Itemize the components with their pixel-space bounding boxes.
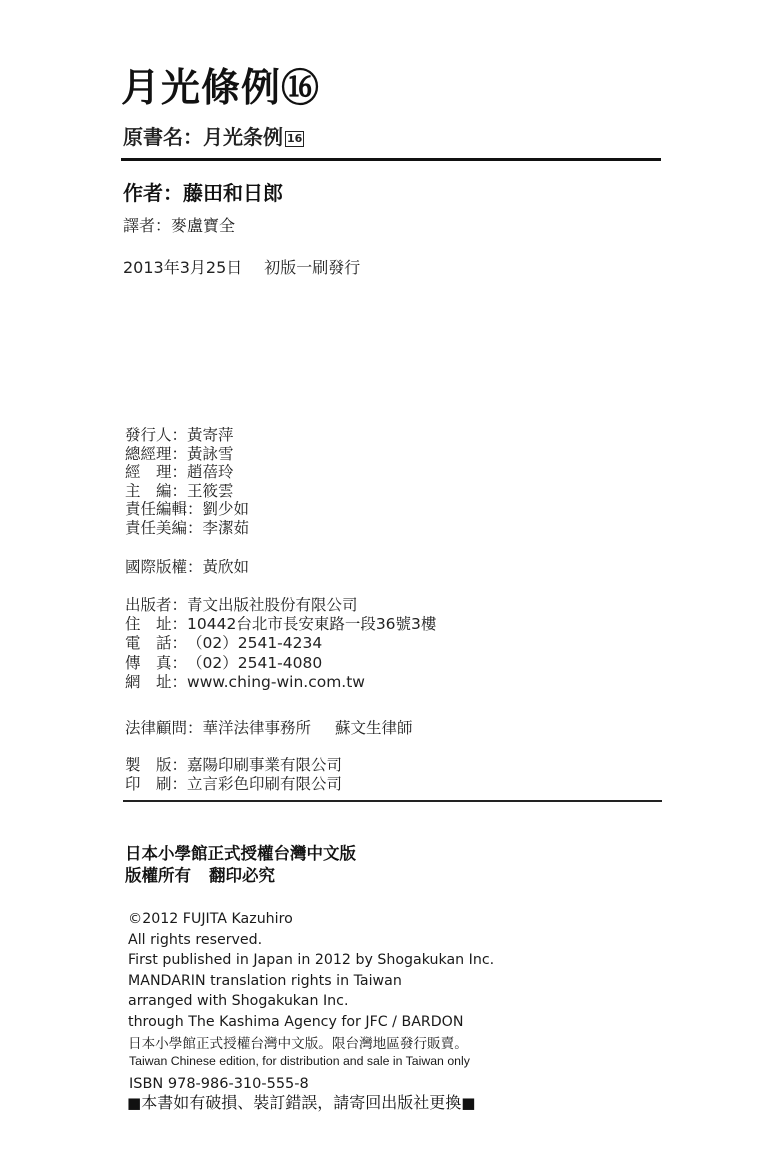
staff-value: 李潔茹 bbox=[203, 519, 250, 538]
rights-line: 版權所有翻印必究 bbox=[125, 865, 356, 887]
original-title-text: 月光条例 bbox=[203, 125, 283, 149]
book-title-text: 月光條例 bbox=[121, 66, 281, 111]
no-reproduction: 翻印必究 bbox=[209, 866, 275, 885]
divider-top bbox=[121, 158, 661, 161]
publisher-label: 出版者： bbox=[125, 596, 187, 615]
square-bullet-icon: ■ bbox=[461, 1094, 475, 1112]
author-line: 作者：藤田和日郎 bbox=[123, 180, 283, 206]
publication-line: 2013年3月25日初版一刷發行 bbox=[123, 257, 360, 279]
legal-counsel-label: 法律顧問： bbox=[125, 719, 203, 737]
staff-label: 總經理： bbox=[125, 445, 187, 464]
plate-making-label: 製 版： bbox=[125, 756, 187, 775]
phone-label: 電 話： bbox=[125, 634, 187, 653]
credit-line: arranged with Shogakukan Inc. bbox=[128, 991, 494, 1012]
translator-line: 譯者：麥盧寶全 bbox=[123, 215, 235, 237]
translator-label: 譯者： bbox=[123, 216, 171, 235]
address-value: 10442台北市長安東路一段36號3樓 bbox=[187, 615, 436, 634]
plate-making-value: 嘉陽印刷事業有限公司 bbox=[187, 756, 342, 775]
plate-making-row: 製 版：嘉陽印刷事業有限公司 bbox=[125, 756, 342, 775]
publisher-row: 出版者：青文出版社股份有限公司 bbox=[125, 596, 436, 615]
regional-license-english: Taiwan Chinese edition, for distribution… bbox=[129, 1054, 470, 1068]
license-statement: 日本小學館正式授權台灣中文版 版權所有翻印必究 bbox=[125, 843, 356, 887]
staff-value: 劉少如 bbox=[203, 500, 250, 519]
website-label: 網 址： bbox=[125, 673, 187, 692]
staff-row: 責任編輯：劉少如 bbox=[125, 500, 249, 519]
book-title: 月光條例⑯ bbox=[121, 64, 320, 113]
publisher-name: 青文出版社股份有限公司 bbox=[187, 596, 358, 615]
publication-date: 2013年3月25日 bbox=[123, 258, 242, 277]
phone-value: （02）2541-4234 bbox=[187, 634, 322, 653]
credit-line: All rights reserved. bbox=[128, 930, 494, 951]
staff-row: 發行人：黃寄萍 bbox=[125, 426, 249, 445]
staff-label: 發行人： bbox=[125, 426, 187, 445]
divider-bottom bbox=[123, 800, 662, 802]
fax-row: 傳 真：（02）2541-4080 bbox=[125, 654, 436, 673]
isbn: ISBN 978-986-310-555-8 bbox=[129, 1075, 309, 1093]
staff-label: 主 編： bbox=[125, 482, 187, 501]
volume-number: ⑯ bbox=[281, 66, 320, 110]
legal-counsel-firm: 華洋法律事務所 bbox=[203, 719, 312, 737]
copyright-line: ©2012 FUJITA Kazuhiro bbox=[128, 909, 494, 930]
author-label: 作者： bbox=[123, 181, 183, 205]
return-notice: ■本書如有破損、裝訂錯誤，請寄回出版社更換■ bbox=[127, 1093, 475, 1113]
printer-label: 印 刷： bbox=[125, 775, 187, 794]
original-title: 原書名：月光条例16 bbox=[123, 124, 304, 150]
return-notice-text: 本書如有破損、裝訂錯誤，請寄回出版社更換 bbox=[141, 1093, 461, 1112]
staff-row: 責任美編：李潔茹 bbox=[125, 519, 249, 538]
original-volume-number: 16 bbox=[285, 131, 304, 147]
author-name: 藤田和日郎 bbox=[183, 181, 283, 205]
staff-value: 黃詠雪 bbox=[187, 445, 234, 464]
publisher-info: 出版者：青文出版社股份有限公司 住 址：10442台北市長安東路一段36號3樓 … bbox=[125, 596, 436, 692]
international-rights-value: 黃欣如 bbox=[203, 558, 250, 576]
international-rights-label: 國際版權： bbox=[125, 558, 203, 576]
website-url: www.ching-win.com.tw bbox=[187, 673, 365, 692]
translator-name: 麥盧寶全 bbox=[171, 216, 235, 235]
edition-info: 初版一刷發行 bbox=[264, 258, 360, 277]
address-label: 住 址： bbox=[125, 615, 187, 634]
regional-license: 日本小學館正式授權台灣中文版。限台灣地區發行販賣。 bbox=[128, 1036, 468, 1052]
staff-row: 經 理：趙蓓玲 bbox=[125, 463, 249, 482]
website-row: 網 址：www.ching-win.com.tw bbox=[125, 673, 436, 692]
staff-value: 王筱雲 bbox=[187, 482, 234, 501]
legal-counsel: 法律顧問：華洋法律事務所蘇文生律師 bbox=[125, 718, 413, 738]
credit-line: First published in Japan in 2012 by Shog… bbox=[128, 950, 494, 971]
printer-row: 印 刷：立言彩色印刷有限公司 bbox=[125, 775, 342, 794]
staff-value: 黃寄萍 bbox=[187, 426, 234, 445]
staff-label: 經 理： bbox=[125, 463, 187, 482]
staff-row: 總經理：黃詠雪 bbox=[125, 445, 249, 464]
staff-value: 趙蓓玲 bbox=[187, 463, 234, 482]
legal-counsel-lawyer: 蘇文生律師 bbox=[335, 719, 413, 737]
credit-line: MANDARIN translation rights in Taiwan bbox=[128, 971, 494, 992]
address-row: 住 址：10442台北市長安東路一段36號3樓 bbox=[125, 615, 436, 634]
original-title-label: 原書名： bbox=[123, 125, 203, 149]
staff-label: 責任編輯： bbox=[125, 500, 203, 519]
international-rights: 國際版權：黃欣如 bbox=[125, 557, 249, 577]
fax-value: （02）2541-4080 bbox=[187, 654, 322, 673]
license-line: 日本小學館正式授權台灣中文版 bbox=[125, 843, 356, 865]
credit-line: through The Kashima Agency for JFC / BAR… bbox=[128, 1012, 494, 1033]
staff-list: 發行人：黃寄萍 總經理：黃詠雪 經 理：趙蓓玲 主 編：王筱雲 責任編輯：劉少如… bbox=[125, 426, 249, 538]
printing-info: 製 版：嘉陽印刷事業有限公司 印 刷：立言彩色印刷有限公司 bbox=[125, 756, 342, 794]
phone-row: 電 話：（02）2541-4234 bbox=[125, 634, 436, 653]
printer-value: 立言彩色印刷有限公司 bbox=[187, 775, 342, 794]
staff-row: 主 編：王筱雲 bbox=[125, 482, 249, 501]
square-bullet-icon: ■ bbox=[127, 1094, 141, 1112]
rights-reserved: 版權所有 bbox=[125, 866, 191, 885]
staff-label: 責任美編： bbox=[125, 519, 203, 538]
english-credits: ©2012 FUJITA Kazuhiro All rights reserve… bbox=[128, 909, 494, 1033]
fax-label: 傳 真： bbox=[125, 654, 187, 673]
